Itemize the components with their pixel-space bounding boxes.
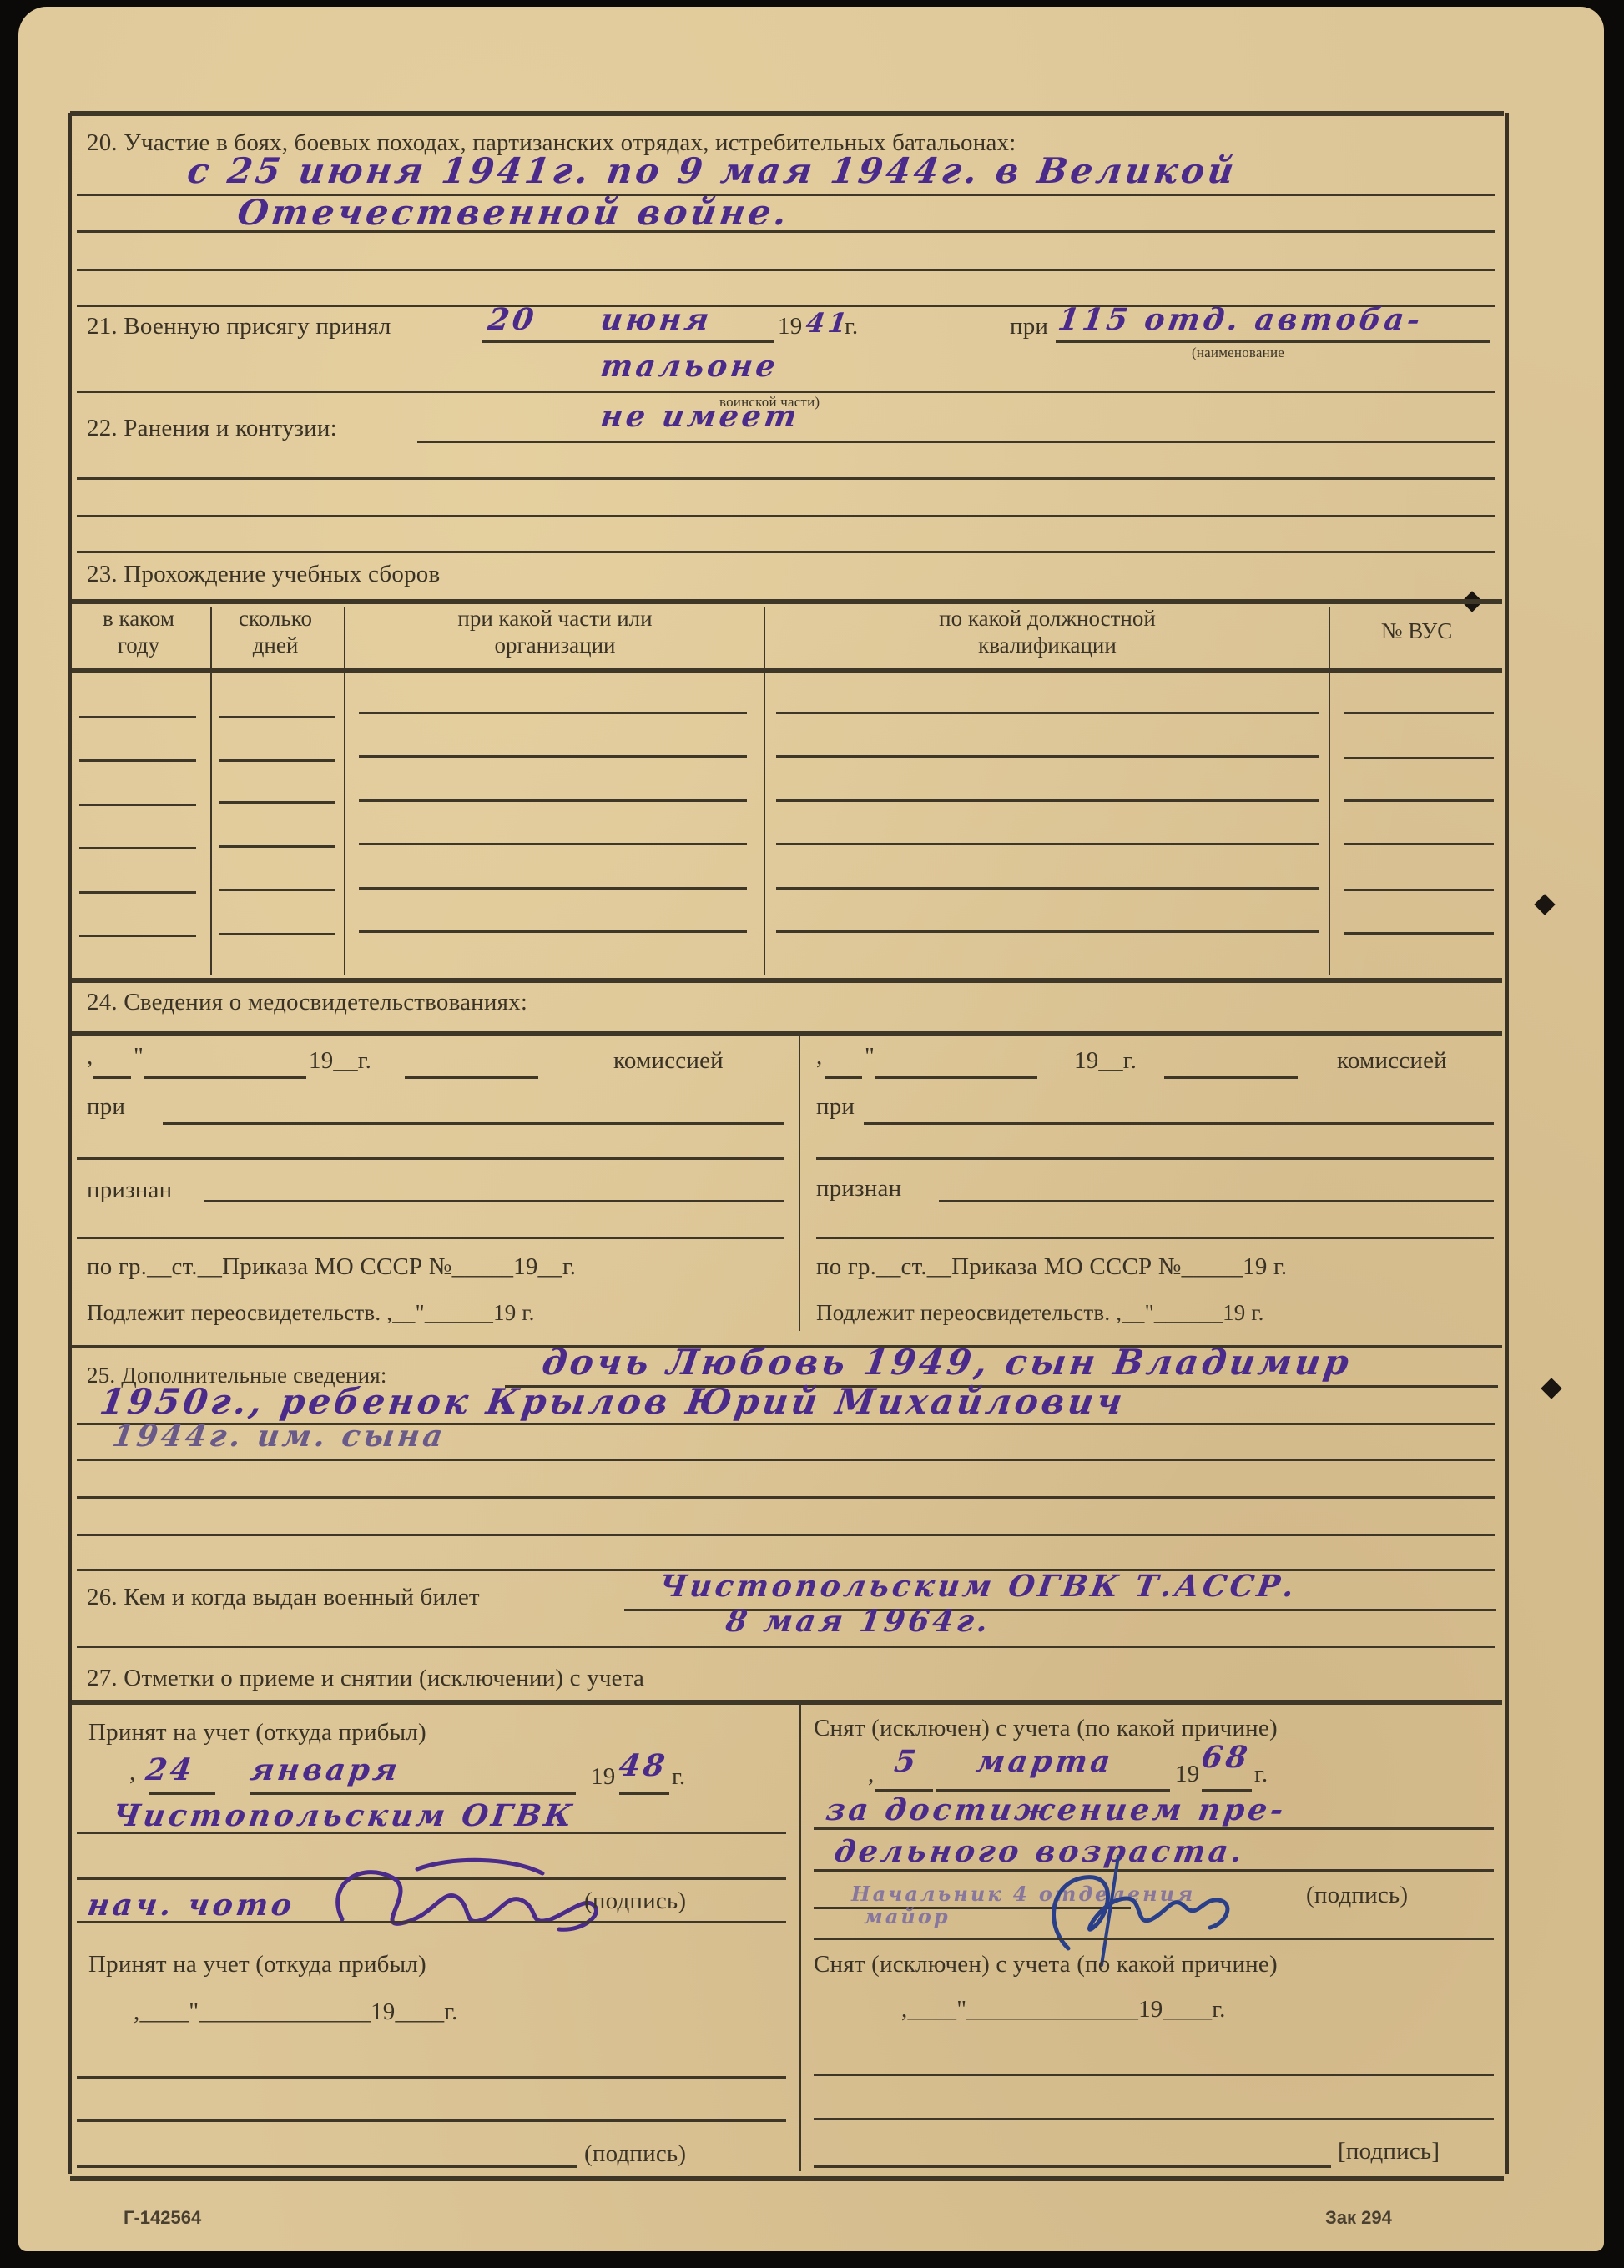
- s20-line: [77, 230, 1495, 233]
- s25-handwritten-line2: 1950г., ребенок Крылов Юрий Михайлович: [98, 1381, 1128, 1422]
- s27-removed-1-day: 5: [892, 1744, 921, 1779]
- s27-accepted-1-from: Чистопольским ОГВК: [110, 1798, 577, 1833]
- s27-removed-2-label: Снят (исключен) с учета (по какой причин…: [814, 1951, 1278, 1978]
- s27-center-divider: [799, 1704, 801, 2171]
- s27-accepted-1-month: января: [248, 1752, 403, 1787]
- s24-left-commission: комиссией: [613, 1047, 724, 1075]
- s24-right-reexam: Подлежит переосвидетельств. ,__"______19…: [816, 1300, 1264, 1326]
- s27-removed-1-signature-caption: (подпись): [1306, 1882, 1408, 1909]
- s23-col-divider: [764, 607, 765, 975]
- s20-handwritten-line1: с 25 июня 1941г. по 9 мая 1944г. в Велик…: [185, 150, 1240, 191]
- s21-unit-line2: тальоне: [598, 349, 781, 384]
- s21-caption1: (наименование: [1192, 345, 1284, 361]
- top-rule: [70, 111, 1504, 116]
- s25-handwritten-line3: 1944г. им. сына: [110, 1419, 448, 1454]
- bottom-rule: [70, 2176, 1504, 2181]
- s27-accepted-2-signature-caption: (подпись): [584, 2140, 686, 2168]
- s21-year-suffix: г.: [845, 313, 858, 340]
- s20-handwritten-line2: Отечественной войне.: [235, 192, 793, 233]
- s21-month: июня: [598, 302, 714, 337]
- s27-top-rule: [72, 1700, 1502, 1705]
- s24-top-rule: [72, 1031, 1502, 1036]
- s24-label: 24. Сведения о медосвидетельствованиях:: [87, 989, 527, 1016]
- s22-label: 22. Ранения и контузии:: [87, 415, 337, 442]
- s23-bottom-rule: [72, 978, 1502, 983]
- s23-col-divider: [210, 607, 212, 975]
- s27-removed-2-signature-caption: [подпись]: [1338, 2138, 1440, 2165]
- s21-at-label: при: [1010, 313, 1048, 340]
- s23-col-unit-header: при какой части или организации: [346, 605, 764, 658]
- s24-right-commission: комиссией: [1337, 1047, 1447, 1075]
- s23-header-top-rule: [72, 599, 1502, 604]
- s24-right-recognized: признан: [816, 1175, 901, 1202]
- s24-left-year: 19__г.: [309, 1047, 371, 1075]
- s21-unit-line1: 115 отд. автоба-: [1056, 302, 1425, 337]
- s22-line: [77, 515, 1495, 517]
- s24-right-order: по гр.__ст.__Приказа МО СССР №_____19 г.: [816, 1253, 1287, 1281]
- s21-day: 20: [486, 302, 539, 337]
- s27-accepted-1-day: 24: [144, 1752, 197, 1787]
- s23-label: 23. Прохождение учебных сборов: [87, 561, 440, 588]
- s27-accepted-1-year-prefix: 19: [591, 1763, 615, 1791]
- s21-date-line: [482, 340, 774, 343]
- s24-left-recognized: признан: [87, 1177, 172, 1204]
- s21-label: 21. Военную присягу принял: [87, 313, 391, 340]
- s23-col-days-header: сколько дней: [209, 605, 342, 658]
- s24-left-order: по гр.__ст.__Приказа МО СССР №_____19__г…: [87, 1253, 576, 1281]
- s24-left-date-prefix: ,: [87, 1043, 93, 1071]
- s23-col-divider: [1329, 607, 1330, 975]
- s27-removed-1-year-suffix: г.: [1254, 1761, 1268, 1788]
- s21-line: [77, 391, 1495, 393]
- s24-right-at: при: [816, 1093, 855, 1121]
- s23-col-vus-header: № ВУС: [1331, 617, 1502, 644]
- s27-accepted-2-date-line: ,____"______________19____г.: [134, 1998, 458, 2026]
- s27-accepted-1-position: нач. чото: [85, 1887, 297, 1923]
- s24-right-year: 19__г.: [1074, 1047, 1137, 1075]
- s27-removed-1-year-prefix: 19: [1175, 1761, 1199, 1788]
- order-number: Зак 294: [1325, 2207, 1392, 2229]
- s27-accepted-2-label: Принят на учет (откуда прибыл): [88, 1951, 426, 1978]
- s27-removed-1-stamp-line2: майор: [864, 1904, 951, 1928]
- s27-accepted-1-year: 48: [617, 1748, 670, 1783]
- s24-center-divider: [799, 1035, 800, 1331]
- s22-line: [77, 477, 1495, 480]
- s23-col-qualification-header: по какой должностной квалификации: [764, 605, 1331, 658]
- s27-removed-1-reason-line1: за достижением пре-: [824, 1792, 1289, 1827]
- s25-handwritten-line1: дочь Любовь 1949, сын Владимир: [540, 1342, 1355, 1383]
- s26-handwritten-line2: 8 мая 1964г.: [724, 1604, 993, 1639]
- s24-left-at: при: [87, 1093, 125, 1121]
- signature-accepted-1: [317, 1852, 618, 1944]
- s21-year-prefix: 19: [778, 313, 802, 340]
- s20-line: [77, 269, 1495, 271]
- s22-line: [417, 441, 1495, 443]
- s21-unit-line: [1056, 340, 1490, 343]
- s27-removed-1-label: Снят (исключен) с учета (по какой причин…: [814, 1715, 1278, 1742]
- s23-col-year-header: в каком году: [72, 605, 205, 658]
- s27-label: 27. Отметки о приеме и снятии (исключени…: [87, 1665, 644, 1692]
- s27-accepted-1-signature-caption: (подпись): [584, 1887, 686, 1915]
- s27-accepted-1-year-suffix: г.: [672, 1763, 685, 1791]
- s22-value: не имеет: [598, 399, 802, 434]
- s27-removed-2-date-line: ,____"______________19____г.: [901, 1996, 1226, 2024]
- s22-line: [77, 551, 1495, 553]
- s27-removed-1-month: марта: [974, 1744, 1116, 1779]
- s23-col-divider: [344, 607, 345, 975]
- s24-left-reexam: Подлежит переосвидетельств. ,__"______19…: [87, 1300, 535, 1326]
- s27-removed-1-year: 68: [1199, 1740, 1253, 1775]
- s23-header-bottom-rule: [72, 668, 1502, 673]
- s27-accepted-1-label: Принят на учет (откуда прибыл): [88, 1719, 426, 1746]
- form-number: Г-142564: [124, 2207, 201, 2229]
- s26-label: 26. Кем и когда выдан военный билет: [87, 1584, 480, 1611]
- s26-handwritten-line1: Чистопольским ОГВК Т.АССР.: [657, 1569, 1299, 1604]
